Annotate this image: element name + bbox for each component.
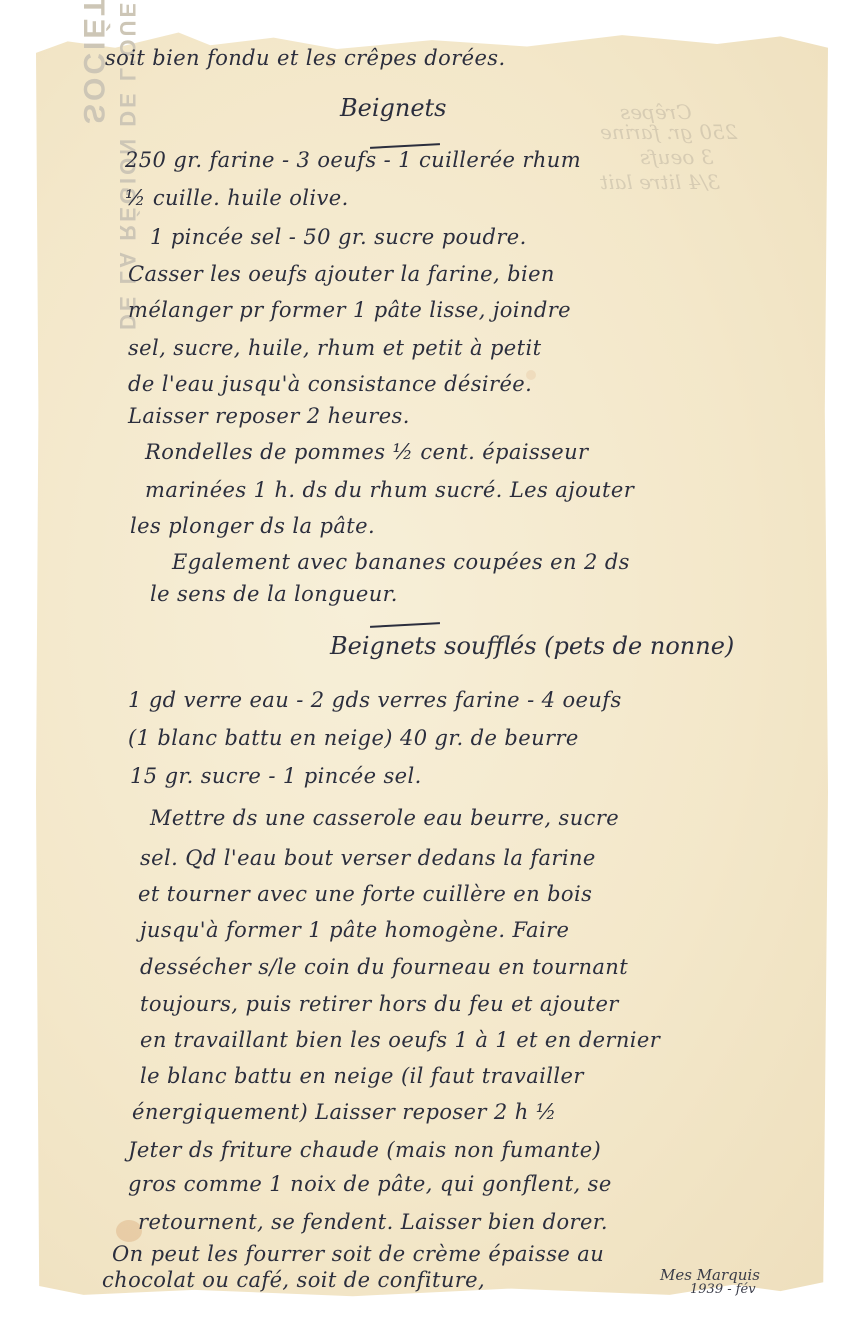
recipe-line: le sens de la longueur. — [150, 582, 398, 606]
recipe-line: Egalement avec bananes coupées en 2 ds — [172, 550, 630, 574]
recipe-line: jusqu'à former 1 pâte homogène. Faire — [140, 918, 569, 942]
recipe-line: 15 gr. sucre - 1 pincée sel. — [130, 764, 422, 788]
recipe-line: chocolat ou café, soit de confiture, — [102, 1268, 485, 1292]
recipe-line: les plonger ds la pâte. — [130, 514, 375, 538]
recipe-line: Casser les oeufs ajouter la farine, bien — [128, 262, 555, 286]
recipe-line: de l'eau jusqu'à consistance désirée. — [128, 372, 532, 396]
recipe-line: marinées 1 h. ds du rhum sucré. Les ajou… — [145, 478, 634, 502]
recipe-line: retournent, se fendent. Laisser bien dor… — [138, 1210, 608, 1234]
recipe-line: sel. Qd l'eau bout verser dedans la fari… — [140, 846, 596, 870]
recipe-title-beignets: Beignets — [340, 94, 447, 122]
continuation-line: soit bien fondu et les crêpes dorées. — [105, 46, 506, 70]
recipe-line: Jeter ds friture chaude (mais non fumant… — [128, 1138, 601, 1162]
recipe-line: énergiquement) Laisser reposer 2 h ½ — [132, 1100, 556, 1124]
recipe-line: 250 gr. farine - 3 oeufs - 1 cuillerée r… — [125, 148, 581, 172]
recipe-line: en travaillant bien les oeufs 1 à 1 et e… — [140, 1028, 660, 1052]
recipe-line: le blanc battu en neige (il faut travail… — [140, 1064, 584, 1088]
reverse-side-ghost-text: 250 gr. farine — [600, 120, 737, 144]
reverse-side-ghost-text: 3 oeufs — [640, 145, 714, 169]
recipe-line: toujours, puis retirer hors du feu et aj… — [140, 992, 619, 1016]
recipe-line: 1 pincée sel - 50 gr. sucre poudre. — [150, 225, 527, 249]
recipe-line: dessécher s/le coin du fourneau en tourn… — [140, 955, 628, 979]
recipe-line: et tourner avec une forte cuillère en bo… — [138, 882, 592, 906]
recipe-line: Rondelles de pommes ½ cent. épaisseur — [145, 440, 589, 464]
recipe-line: ½ cuille. huile olive. — [125, 186, 349, 210]
recipe-line: gros comme 1 noix de pâte, qui gonflent,… — [128, 1172, 612, 1196]
reverse-side-ghost-text: 3/4 litre lait — [600, 170, 720, 194]
recipe-line: sel, sucre, huile, rhum et petit à petit — [128, 336, 541, 360]
date: 1939 - fév — [690, 1282, 756, 1297]
recipe-line: 1 gd verre eau - 2 gds verres farine - 4… — [128, 688, 622, 712]
recipe-line: On peut les fourrer soit de crème épaiss… — [112, 1242, 604, 1266]
recipe-line: Mettre ds une casserole eau beurre, sucr… — [150, 806, 619, 830]
recipe-line: (1 blanc battu en neige) 40 gr. de beurr… — [128, 726, 579, 750]
recipe-line: mélanger pr former 1 pâte lisse, joindre — [128, 298, 571, 322]
recipe-line: Laisser reposer 2 heures. — [128, 404, 410, 428]
recipe-title-beignets-souffles: Beignets soufflés (pets de nonne) — [330, 632, 734, 660]
